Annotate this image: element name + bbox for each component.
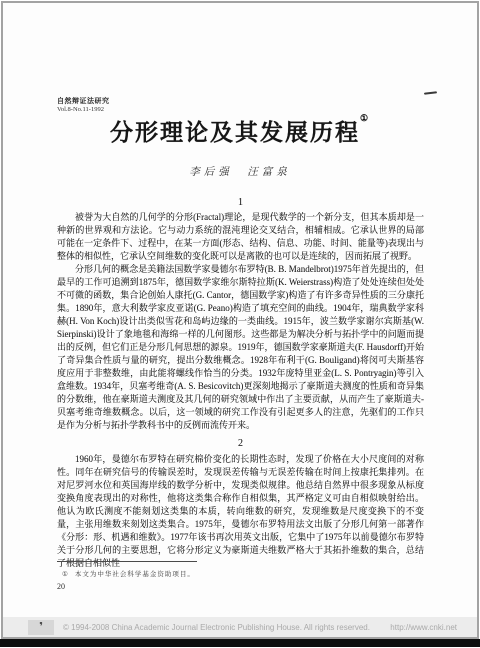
journal-name: 自然辩证法研究	[57, 97, 110, 105]
section-2-number: 2	[57, 437, 424, 450]
author-names: 李后强 汪富泉	[0, 164, 480, 179]
footnote-mark: ①	[62, 571, 69, 578]
paragraph: 被誉为大自然的几何学的分形(Fractal)理论，是现代数学的一个新分支，但其本…	[57, 211, 424, 263]
cnki-footer-banner: ❜ © 1994-2008 China Academic Journal Ele…	[3, 617, 477, 637]
article-title-text: 分形理论及其发展历程	[110, 120, 360, 145]
page-number: 20	[57, 582, 65, 591]
footnote-text: 本文为中华社会科学基金资助项目。	[75, 571, 195, 578]
journal-header: 自然辩证法研究 Vol.8-No.11-1992	[57, 97, 110, 114]
title-footnote-mark: ①	[360, 113, 370, 123]
paragraph: 1960年，曼德尔布罗特在研究棉价变化的长期性态时，发现了价格在大小尺度间的对称…	[57, 453, 424, 570]
footnote-divider	[57, 561, 197, 562]
paragraph: 分形几何的概念是美籍法国数学家曼德尔布罗特(B. B. Mandelbrot)1…	[57, 263, 424, 432]
footnote: ①本文为中华社会科学基金资助项目。	[62, 569, 195, 578]
cnki-url-text: http://www.cnki.net	[390, 623, 457, 632]
copyright-text: © 1994-2008 China Academic Journal Elect…	[63, 623, 370, 632]
journal-volume-line: Vol.8-No.11-1992	[57, 106, 110, 113]
page-title: 分形理论及其发展历程①	[0, 114, 480, 147]
section-1-number: 1	[57, 196, 424, 209]
cnki-logo-icon: ❜	[28, 620, 54, 635]
article-body: 1 被誉为大自然的几何学的分形(Fractal)理论，是现代数学的一个新分支，但…	[57, 196, 424, 570]
bottom-black-bar	[0, 639, 480, 647]
